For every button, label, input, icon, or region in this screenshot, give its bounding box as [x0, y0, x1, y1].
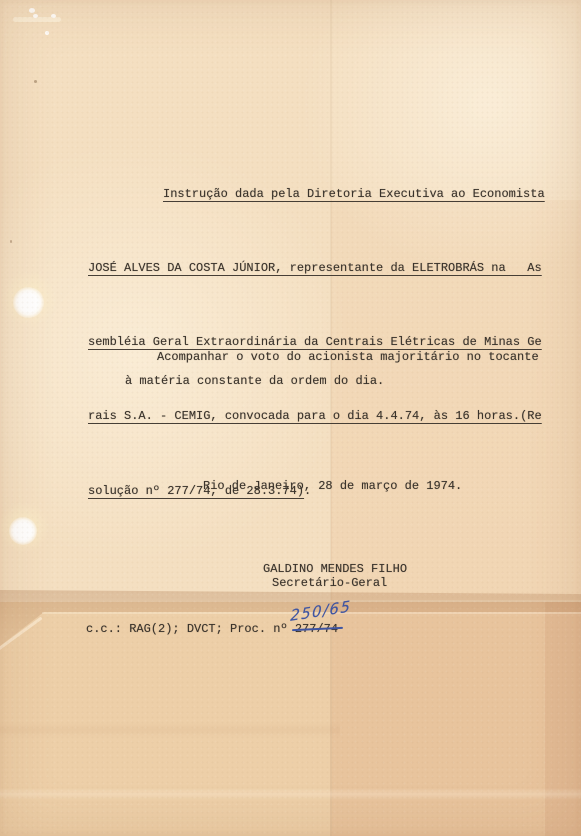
- cc-line: c.c.: RAG(2); DVCT; Proc. nº 277/74: [86, 622, 338, 636]
- body-line-2: à matéria constante da ordem do dia.: [125, 374, 384, 388]
- heading-line-2: JOSÉ ALVES DA COSTA JÚNIOR, representant…: [88, 256, 545, 281]
- body-line-1: Acompanhar o voto do acionista majoritár…: [157, 350, 539, 364]
- signature-name: GALDINO MENDES FILHO: [263, 562, 407, 576]
- heading-line-1: Instrução dada pela Diretoria Executiva …: [88, 182, 545, 207]
- scanned-document-page: Instrução dada pela Diretoria Executiva …: [0, 0, 581, 836]
- cc-struck-process-number: 277/74: [295, 622, 338, 636]
- cc-prefix: c.c.: RAG(2); DVCT; Proc. nº: [86, 622, 295, 636]
- date-line: Rio de Janeiro, 28 de março de 1974.: [203, 479, 462, 493]
- heading-line-4: rais S.A. - CEMIG, convocada para o dia …: [88, 404, 545, 429]
- signature-title: Secretário-Geral: [272, 576, 387, 590]
